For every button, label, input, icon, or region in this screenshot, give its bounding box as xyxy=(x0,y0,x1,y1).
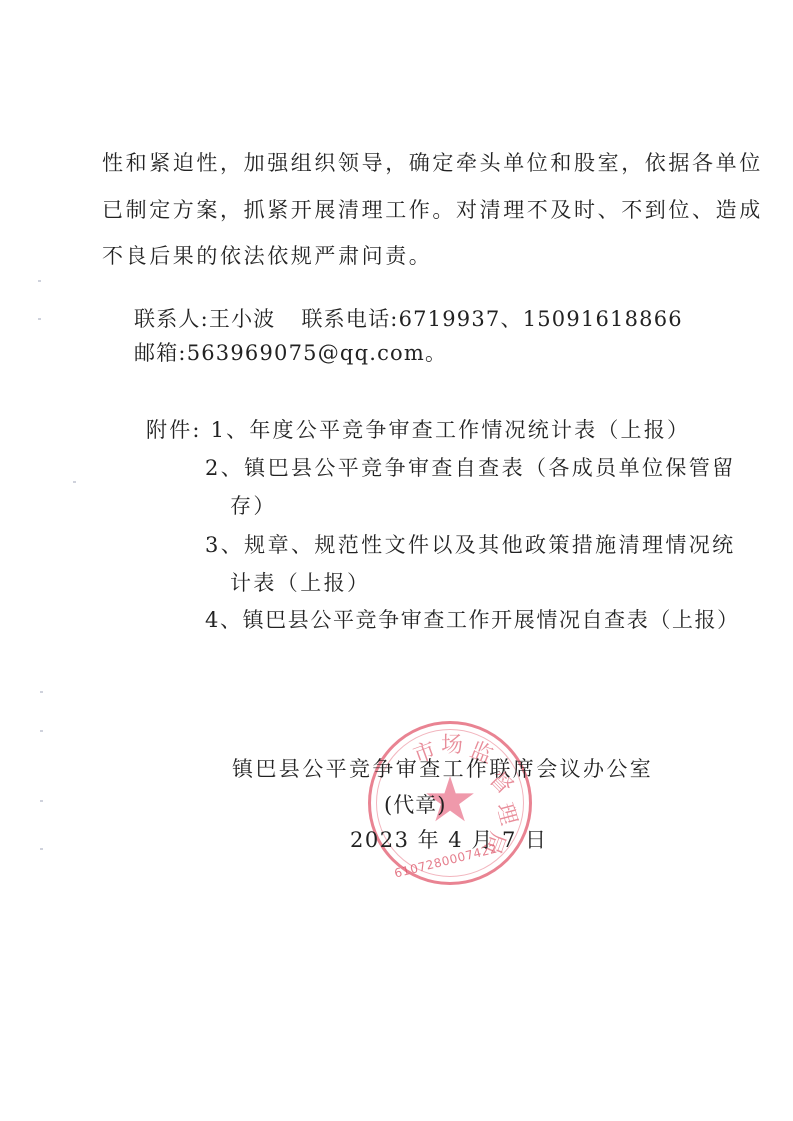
issuing-organization: 镇巴县公平竞争审查工作联席会议办公室 xyxy=(232,756,653,782)
paragraph-line: 性和紧迫性，加强组织领导，确定牵头单位和股室，依据各单位 xyxy=(102,150,763,176)
contact-person-name: 王小波 xyxy=(209,307,276,331)
email-line: 邮箱:563969075@qq.com。 xyxy=(134,340,447,366)
scan-mark xyxy=(40,848,43,850)
contact-person-label: 联系人: xyxy=(134,307,209,331)
contact-line: 联系人:王小波联系电话:6719937、15091618866 xyxy=(134,306,683,332)
attachments-label: 附件: xyxy=(146,418,202,442)
attachment-item-2-cont: 存） xyxy=(230,493,277,519)
issue-date: 2023 年 4 月 7 日 xyxy=(350,827,548,853)
attachment-title: 镇巴县公平竞争审查自查表（各成员单位保管留 xyxy=(244,456,735,480)
email-value: 563969075@qq.com。 xyxy=(187,341,448,365)
attachment-number: 2、 xyxy=(205,456,244,480)
attachment-title: 规章、规范性文件以及其他政策措施清理情况统 xyxy=(244,533,735,557)
scan-mark xyxy=(40,691,43,693)
scan-mark xyxy=(38,280,41,282)
attachment-number: 1、 xyxy=(211,418,250,442)
seal-char: 场 xyxy=(441,728,463,759)
paragraph-line: 已制定方案，抓紧开展清理工作。对清理不及时、不到位、造成 xyxy=(102,197,763,223)
email-label: 邮箱: xyxy=(134,341,187,365)
attachment-item-1: 附件: 1、年度公平竞争审查工作情况统计表（上报） xyxy=(146,417,690,443)
attachment-item-3: 3、规章、规范性文件以及其他政策措施清理情况统 xyxy=(205,532,736,558)
attachment-item-4: 4、镇巴县公平竞争审查工作开展情况自查表（上报） xyxy=(205,607,740,633)
scan-mark xyxy=(40,800,43,802)
attachment-title: 年度公平竞争审查工作情况统计表（上报） xyxy=(249,418,690,442)
attachment-item-3-cont: 计表（上报） xyxy=(230,570,370,596)
attachment-number: 4、 xyxy=(205,608,243,632)
paragraph-line: 不良后果的依法依规严肃问责。 xyxy=(102,243,432,269)
attachment-title: 镇巴县公平竞争审查工作开展情况自查表（上报） xyxy=(243,608,740,632)
scan-mark xyxy=(38,318,41,320)
contact-phone-label: 联系电话: xyxy=(301,307,398,331)
attachment-number: 3、 xyxy=(205,533,244,557)
contact-phone-values: 6719937、15091618866 xyxy=(399,307,683,331)
scan-mark xyxy=(73,481,76,483)
attachment-item-2: 2、镇巴县公平竞争审查自查表（各成员单位保管留 xyxy=(205,455,736,481)
scan-mark xyxy=(40,730,43,732)
stamp-note: (代章) xyxy=(384,792,446,818)
